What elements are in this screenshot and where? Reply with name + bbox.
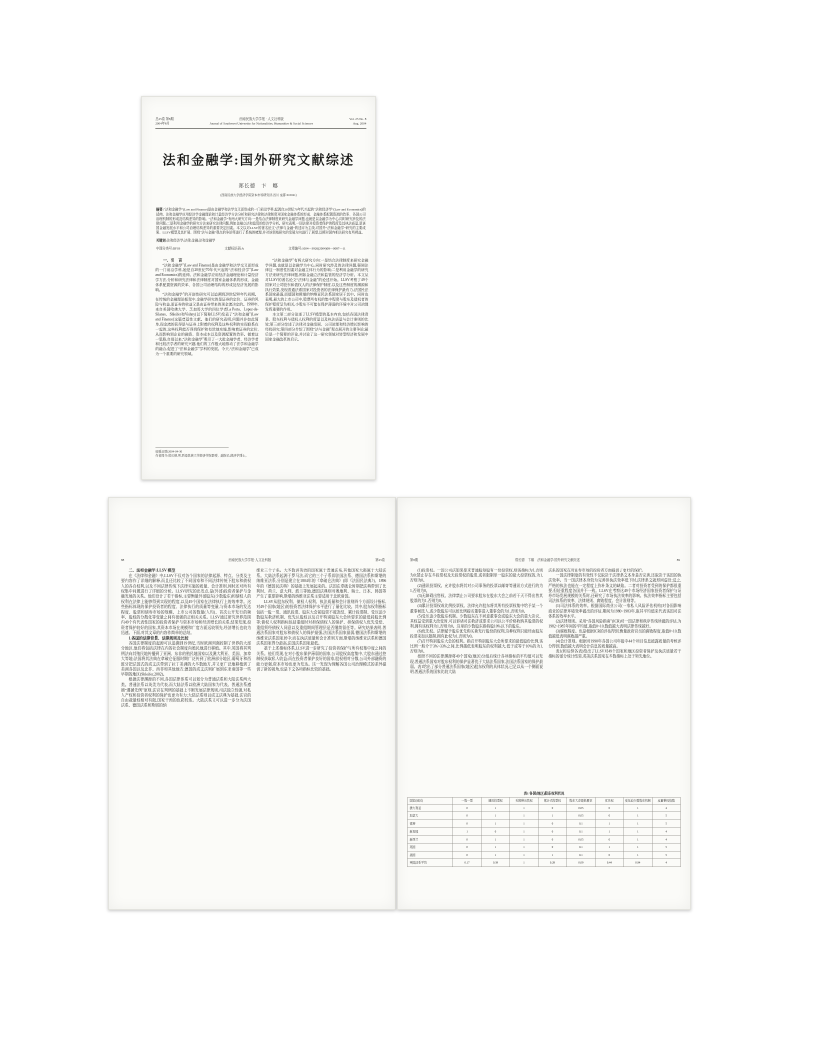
table-cell: 1 — [595, 820, 623, 828]
table-cell: 0.1 — [567, 843, 595, 851]
page-number: 89 — [677, 558, 680, 562]
page-1-scan: 总25卷 第8期 西南民族大学学报 · 人文社科版 Vol. 25 No. 8 … — [141, 96, 376, 480]
table-cell: 0 — [538, 843, 566, 851]
table-cell: 1 — [624, 835, 652, 843]
list-item: (2)通讯投票权。允许股东将其对公司事务的投票以邮寄等通讯方式进行的为1,否则为… — [410, 584, 543, 594]
table-cell: 1 — [510, 859, 538, 867]
document-canvas: { "accent_colors": {"paper_bg": "#fbfbf8… — [0, 0, 816, 1056]
list-item: (2)法律规则。采用“各国风险指南”(ICR)对一国法律和秩序传统所做的评估,为… — [548, 619, 681, 629]
table-cell: 1 — [624, 827, 652, 835]
page-3-scan: 第8期 郑长德 卞娜 法和金融学:国外研究文献综述 89 (1)投票权。一国公司… — [397, 497, 691, 910]
keywords-label: 关键词: — [156, 239, 167, 243]
table-cell: 0.05 — [567, 812, 595, 820]
table-block: 表1 各国(地区)股东权利状况 国家(地区)一股一票通讯投票权无障碍出售权累计式… — [407, 791, 680, 867]
table-cell: 0 — [453, 835, 481, 843]
journal-date-cn: 2004年8月 — [155, 121, 169, 125]
table-cell: 0.39 — [481, 859, 509, 867]
table-cell: 0.1 — [567, 827, 595, 835]
table-cell: 0.94 — [624, 859, 652, 867]
abstract-text: “法和金融学”(Law and Finance)是由金融学和法学交叉而形成的一门… — [156, 208, 366, 235]
table-cell: 1 — [481, 812, 509, 820]
keywords: 关键词:法和经济学;法律;金融;法和金融学 — [156, 238, 366, 242]
list-item: (3)无障碍出售权。法律禁止公司要求股东在股东大会之前若干天不得出售其股票的为1… — [410, 594, 543, 604]
table-cell: 0 — [481, 827, 509, 835]
article-authors: 郑长德 卞 娜 — [142, 182, 375, 189]
table-cell: 1 — [538, 812, 566, 820]
table-cell: 加拿大 — [407, 812, 452, 820]
paragraph: 本文第二部分论述了LLSV模型的基本内容,包括各国法律背景、股东权利与债权人权利… — [265, 312, 368, 342]
page2-body: 二、法和金融学:LLSV 模型 在《法律和金融》中,LLSV不仅对各个国家的法律… — [121, 568, 386, 910]
list-item: (5)受压迫少数股东机制。少数股东在不同意董事会或股东大会的重大决议、其权益受到… — [410, 614, 543, 629]
list-item: (4)会计准则。根据对1990年各国公司年报中44个项目信息披露质量的考核评分得… — [548, 639, 681, 649]
table-cell: 4 — [652, 835, 680, 843]
table-cell: 1 — [624, 804, 652, 812]
table-cell: 0 — [453, 820, 481, 828]
table-cell: 1 — [595, 827, 623, 835]
footnote-block: 收稿日期:2004-04-30 作者简介:郑长德,男,西南民族大学经济学院教授、… — [155, 448, 258, 458]
table-row: 英国法系平均0.170.3910.280.090.440.944 — [407, 859, 680, 867]
paragraph: 一国法律制度的有效性不仅取决于法律条文本身是否完善,还取决于该国的执法效率。当一… — [548, 573, 681, 603]
table-cell: 1 — [481, 851, 509, 859]
list-item: (6)优先权。法律赋予股东优先购买新发行股份的权利,这种权利只能经由股东投票来加… — [410, 629, 543, 639]
table-cell: 0.17 — [453, 859, 481, 867]
clc-number: 中图分类号:DF03 — [156, 246, 180, 250]
journal-date-en: Aug. 2004 — [353, 121, 367, 125]
table-cell: 0.1 — [567, 820, 595, 828]
paragraph: 维亚三个子系。大多数讲英语的国家属于普通法系,其他国家大都属于大陆法系。大陆法系… — [256, 568, 386, 599]
table-row: 新加坡10100.1114 — [407, 827, 680, 835]
table-cell: 新加坡 — [407, 827, 452, 835]
paragraph: “法和金融学”的开创性研究可以追溯到20世纪90年代初期。在传统的金融理论框架中… — [155, 292, 258, 356]
list-item: (1)司法体系的效率。根据国际商业公司(一家私人风险评估机构)对各国影响商业的法… — [548, 604, 681, 619]
table-cell: 1 — [481, 820, 509, 828]
paragraph: 在《法律和金融》中,LLSV不仅对各个国家的法律起源、特点、分类及主要内容作了详… — [121, 574, 251, 636]
table-row: 美国01110.1015 — [407, 851, 680, 859]
table-cell: 1 — [510, 827, 538, 835]
journal-header: 总25卷 第8期 西南民族大学学报 · 人文社科版 Vol. 25 No. 8 … — [155, 117, 366, 126]
table-cell: 0.28 — [538, 859, 566, 867]
table-cell: 0.05 — [567, 804, 595, 812]
table-cell: 0 — [595, 804, 623, 812]
table-cell: 0 — [453, 812, 481, 820]
article-title: 法和金融学:国外研究文献综述 — [142, 150, 375, 169]
table-cell: 0.05 — [567, 835, 595, 843]
issue-label: 第8期 — [410, 558, 418, 562]
table-row: 新西兰01100.05014 — [407, 835, 680, 843]
table-cell: 1 — [624, 812, 652, 820]
table-row: 香港01100.1115 — [407, 820, 680, 828]
table-cell: 1 — [453, 827, 481, 835]
paragraph: 按照不同的法律渊源将49个国家(地区)分组后统计各项指标的平均值可以发现,普通法… — [410, 654, 543, 674]
list-item: (3)腐败程度。也是根据ICR的评估得到,衡量政府官员的腐败程度,取值0~10,… — [548, 629, 681, 639]
table-cell: 1 — [481, 804, 509, 812]
table-caption: 表1 各国(地区)股东权利状况 — [407, 791, 680, 796]
paragraph: 根据法律渊源的不同,各国法律体系可以划分为普通法系和大陆法系两大类。普通法系以英… — [121, 677, 251, 708]
paragraph: 各国法律制度的起源可以追溯到19世纪,当时欧洲列强控制了世界的大部分地区,他们将… — [121, 641, 251, 677]
table-cell: 1 — [510, 851, 538, 859]
journal-name-en: Journal of Southwest University for Nati… — [170, 121, 353, 125]
table-cell: 英国法系平均 — [407, 859, 452, 867]
header-rule — [155, 128, 366, 129]
running-head-title: 西南民族大学学报·人文社科版 — [124, 558, 375, 562]
paragraph: 表1(和后续各表)给出了LLSV对49个国家和地区投资者保护及执法质量若干指标的… — [548, 649, 681, 659]
page3-right-column: 法系的国家在对证券市场的投资者方面提供了更好的保护。 一国法律制度的有效性不仅取… — [548, 568, 681, 785]
table-cell: 0 — [595, 851, 623, 859]
table-row: 英国01100.1115 — [407, 843, 680, 851]
table-cell: 0 — [595, 835, 623, 843]
keywords-text: 法和经济学;法律;金融;法和金融学 — [167, 239, 215, 243]
table-cell: 1 — [510, 812, 538, 820]
list-item: (7)召开特别股东大会的权利。指召开特别股东大会所要求的最低股份比例,该比例一般… — [410, 639, 543, 654]
table-cell: 0.1 — [567, 851, 595, 859]
table-cell: 1 — [624, 820, 652, 828]
page3-body: (1)投票权。一国公司法如果要求普通股每股有一份投票权,则该指标为1,否则为0;… — [410, 568, 681, 785]
page1-right-column: “法和金融学”有两大研究方向:一是结合法律制度来研究金融学问题,也就是以金融学为… — [265, 258, 368, 458]
table-cell: 1 — [481, 835, 509, 843]
shareholder-rights-table: 国家(地区)一股一票通讯投票权无障碍出售权累计式投票权股东大会最低要求优先权受压… — [407, 797, 680, 866]
article-meta: 中图分类号:DF03 文献标识码:A 文章编号:1004—3926(2004)0… — [156, 246, 346, 250]
document-code: 文献标识码:A — [225, 246, 244, 250]
table-cell: 5 — [652, 843, 680, 851]
table-cell: 英国 — [407, 843, 452, 851]
table-cell: 0 — [538, 804, 566, 812]
article-id: 文章编号:1004—3926(2004)08—0087—11 — [288, 246, 345, 250]
table-cell: 5 — [652, 812, 680, 820]
running-head: 88 西南民族大学学报·人文社科版 第25卷 — [121, 558, 385, 562]
table-cell: 0 — [453, 843, 481, 851]
table-cell: 4 — [652, 804, 680, 812]
table-cell: 1 — [510, 843, 538, 851]
table-cell: 5 — [652, 851, 680, 859]
page1-body: 一、引 言 “法和金融学”(Law and Finance)是由金融学和法学交叉… — [155, 258, 368, 458]
list-item: (1)投票权。一国公司法如果要求普通股每股有一份投票权,则该指标为1,否则为0;… — [410, 568, 543, 583]
table-cell: 0 — [538, 820, 566, 828]
table-cell: 0 — [595, 812, 623, 820]
page3-left-column: (1)投票权。一国公司法如果要求普通股每股有一份投票权,则该指标为1,否则为0;… — [410, 568, 543, 785]
table-cell: 1 — [595, 843, 623, 851]
table-cell: 澳大利亚 — [407, 804, 452, 812]
paragraph: “法和金融学”(Law and Finance)是由金融学和法学交叉而形成的一门… — [155, 263, 258, 293]
table-row: 加拿大01110.05015 — [407, 812, 680, 820]
table-cell: 新西兰 — [407, 835, 452, 843]
volume-label: 第25卷 — [375, 558, 385, 562]
article-affiliation: (西南民族大学经济学院资本市场研究所,四川 成都 610041) — [142, 193, 375, 197]
table-cell: 0 — [538, 827, 566, 835]
table-cell: 1 — [510, 804, 538, 812]
paragraph: 基于上述指标体系,LLSV进一步研究了投资者保护与所有权集中度之间的关系。他们发… — [256, 646, 386, 672]
footnote-author: 作者简介:郑长德,男,西南民族大学经济学院教授、副院长,经济学博士。 — [155, 454, 258, 458]
page2-left-column: 二、法和金融学:LLSV 模型 在《法律和金融》中,LLSV不仅对各个国家的法律… — [121, 568, 251, 910]
page2-right-column: 维亚三个子系。大多数讲英语的国家属于普通法系,其他国家大都属于大陆法系。大陆法系… — [256, 568, 386, 910]
abstract-label: 摘要: — [156, 208, 164, 212]
paragraph: “法和金融学”有两大研究方向:一是结合法律制度来研究金融学问题,也就是以金融学为… — [265, 258, 368, 312]
running-head-title: 郑长德 卞娜 法和金融学:国外研究文献综述 — [418, 558, 677, 562]
table-cell: 1 — [624, 843, 652, 851]
table-cell: 1 — [510, 835, 538, 843]
table-cell: 4 — [652, 827, 680, 835]
table-cell: 0 — [453, 851, 481, 859]
table-cell: 香港 — [407, 820, 452, 828]
table-cell: 0.09 — [567, 859, 595, 867]
table-cell: 0 — [453, 804, 481, 812]
table-cell: 1 — [510, 820, 538, 828]
page1-left-column: 一、引 言 “法和金融学”(Law and Finance)是由金融学和法学交叉… — [155, 258, 258, 458]
table-row: 澳大利亚01100.05014 — [407, 804, 680, 812]
table-cell: 4 — [652, 859, 680, 867]
table-cell: 1 — [624, 851, 652, 859]
table-cell: 1 — [481, 843, 509, 851]
table-cell: 5 — [652, 820, 680, 828]
table-cell: 0 — [538, 835, 566, 843]
paragraph: LLSV从股东权利、债权人权利、执法质量和会计准则四个方面设计指标,对49个国家… — [256, 600, 386, 647]
table-cell: 1 — [538, 851, 566, 859]
table-cell: 美国 — [407, 851, 452, 859]
list-item: (4)累计投票权或比例投票权。法律允许股东将其所有投票权集中给予某一个董事候选人… — [410, 604, 543, 614]
running-head: 第8期 郑长德 卞娜 法和金融学:国外研究文献综述 89 — [410, 558, 680, 562]
abstract: 摘要:“法和金融学”(Law and Finance)是由金融学和法学交叉而形成… — [156, 208, 366, 236]
table-cell: 0.44 — [595, 859, 623, 867]
page-2-scan: 88 西南民族大学学报·人文社科版 第25卷 二、法和金融学:LLSV 模型 在… — [108, 497, 396, 910]
